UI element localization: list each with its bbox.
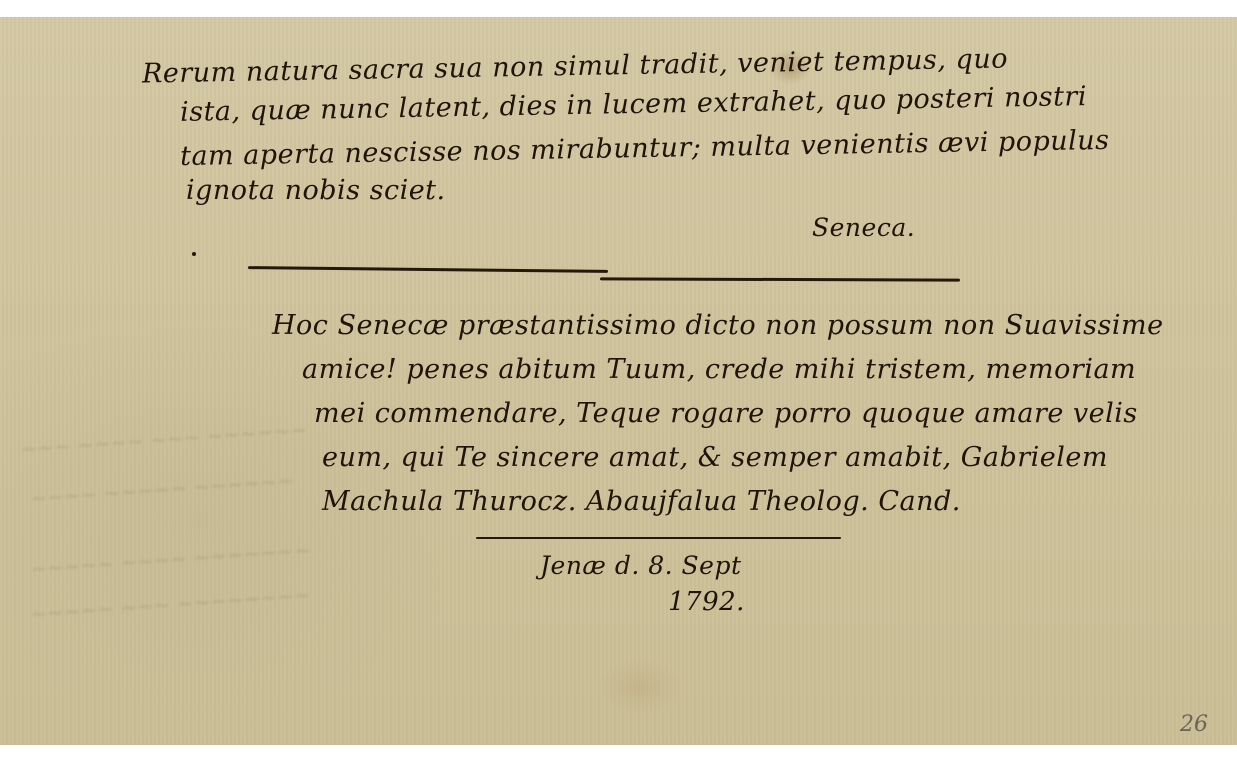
signature-underline	[476, 537, 841, 539]
bleed-through-text: ~~~~ ~~~~~ ~~~~~~	[29, 468, 294, 510]
bleed-through-text: ~~~ ~~~~ ~~~ ~~~~~~	[20, 417, 308, 461]
quotation-line-2: ista, quæ nunc latent, dies in lucem ext…	[180, 81, 1087, 128]
manuscript-page: ~~~ ~~~~ ~~~ ~~~~~~ ~~~~ ~~~~~ ~~~~~~ ~~…	[0, 17, 1237, 745]
quotation-line-4: ignota nobis sciet.	[186, 175, 446, 206]
dedication-signature: Machula Thurocz. Abaujfalua Theolog. Can…	[322, 486, 961, 517]
dedication-line-1: Hoc Senecæ præstantissimo dicto non poss…	[272, 310, 1164, 341]
bleed-through-text: ~~~~~ ~~~~ ~~~~~~~	[30, 537, 312, 581]
divider-rule	[248, 266, 608, 273]
bleed-through-text: ~~~~~ ~~~ ~~~~~~~~	[30, 582, 312, 626]
quotation-line-3: tam aperta nescisse nos mirabuntur; mult…	[180, 125, 1110, 172]
quotation-line-1: Rerum natura sacra sua non simul tradit,…	[142, 43, 1008, 89]
ink-dot	[192, 252, 196, 256]
dedication-line-2: amice! penes abitum Tuum, crede mihi tri…	[302, 354, 1136, 385]
dedication-line-3: mei commendare, Teque rogare porro quoqu…	[314, 398, 1138, 429]
date-year: 1792.	[668, 587, 745, 617]
date-line: Jenæ d. 8. Sept	[540, 551, 742, 580]
quotation-attribution: Seneca.	[812, 213, 915, 242]
page-number: 26	[1180, 712, 1208, 737]
dedication-line-4: eum, qui Te sincere amat, & semper amabi…	[322, 442, 1108, 473]
divider-rule	[600, 277, 960, 281]
